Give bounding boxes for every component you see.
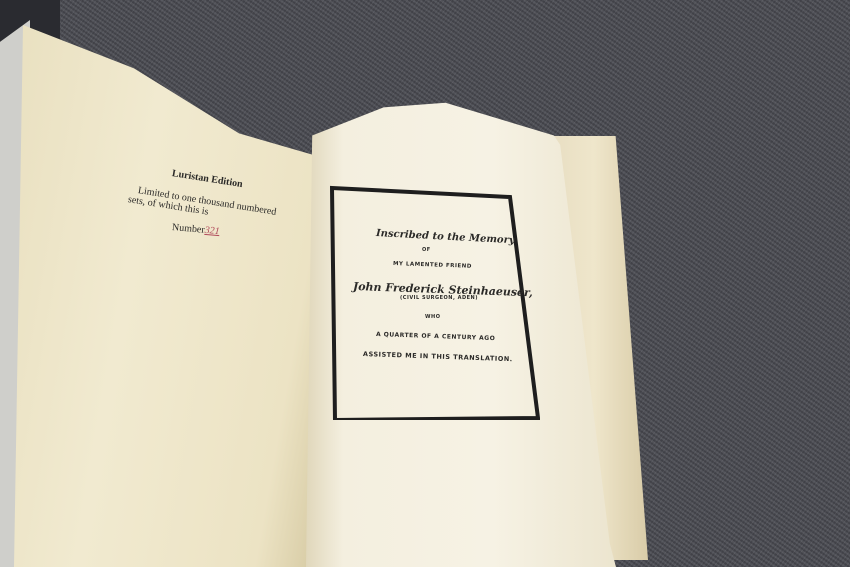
dedication-frame — [330, 185, 540, 420]
left-page — [14, 25, 314, 567]
photo-scene: Luristan Edition Limited to one thousand… — [0, 0, 850, 567]
dedication-of: OF — [422, 247, 431, 253]
dedicatee-title: (CIVIL SURGEON, ADEN) — [400, 295, 478, 301]
handwritten-number: 321 — [204, 225, 220, 237]
who-line: WHO — [425, 314, 440, 320]
